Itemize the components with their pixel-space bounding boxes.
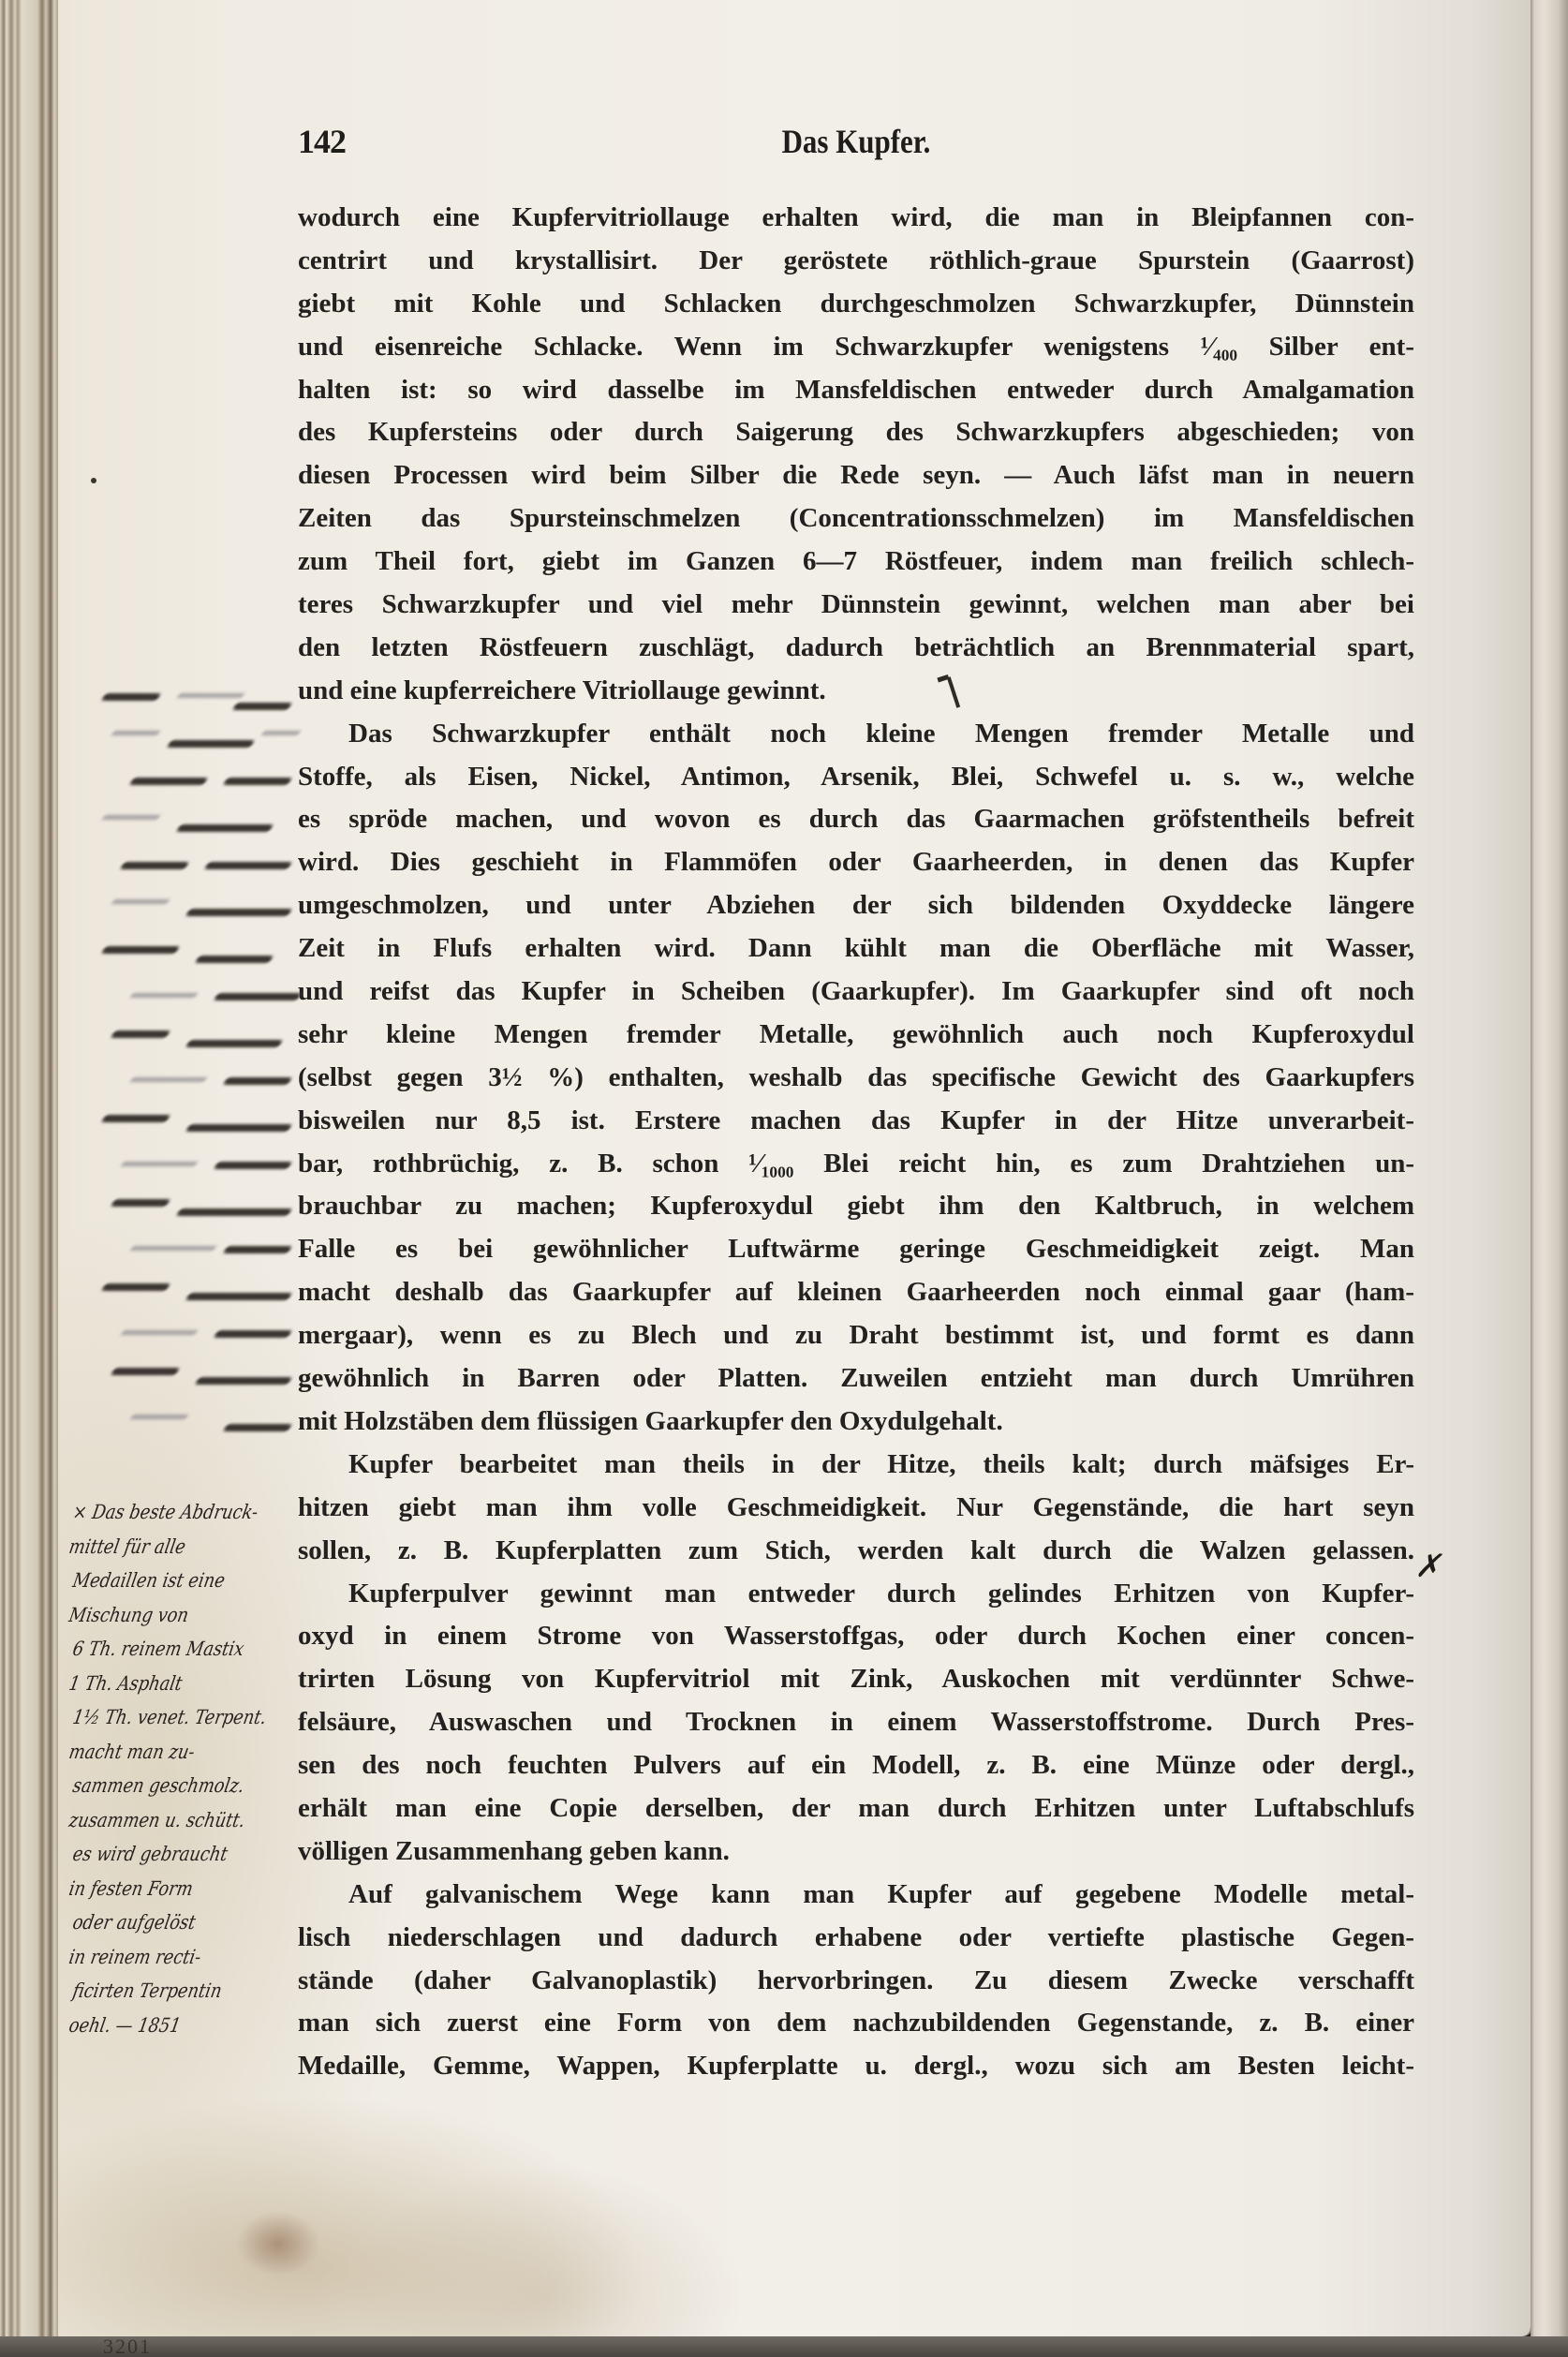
text-line: es spröde machen, und wovon es durch das… [298,798,1414,841]
handwriting-stroke [102,815,161,820]
text-line: Auf galvanischem Wege kann man Kupfer au… [298,1874,1414,1917]
handwriting-stroke [223,778,293,785]
handwritten-line: oder aufgelöst [70,1905,273,1940]
text-line: hitzen giebt man ihm volle Geschmeidigke… [298,1487,1414,1530]
text-line: halten ist: so wird dasselbe im Mansfeld… [298,369,1414,412]
handwriting-stroke [223,1424,293,1431]
handwritten-marginalia-upper [94,674,300,1471]
text-line: sollen, z. B. Kupferplatten zum Stich, w… [298,1530,1414,1573]
handwritten-line: Mischung von [67,1598,272,1633]
text-line: völligen Zusammenhang geben kann. [298,1831,1414,1874]
text-line: Kupfer bearbeitet man theils in der Hitz… [298,1444,1414,1487]
handwritten-line: 1 Th. Asphalt [67,1667,272,1701]
text-line: diesen Processen wird beim Silber die Re… [298,454,1414,497]
text-line: sen des noch feuchten Pulvers auf ein Mo… [298,1744,1414,1787]
text-line: gewöhnlich in Barren oder Platten. Zuwei… [298,1357,1414,1401]
handwritten-line: zusammen u. schütt. [67,1803,272,1838]
handwritten-line: oehl. — 1851 [67,2009,272,2043]
text-line: sehr kleine Mengen fremder Metalle, gewö… [298,1014,1414,1057]
handwriting-stroke [223,1246,293,1253]
handwritten-line: es wird gebraucht [70,1837,273,1872]
handwriting-stroke [111,1368,181,1375]
handwriting-stroke [185,1124,293,1132]
handwritten-line: Medaillen ist eine [70,1564,273,1598]
text-line: Medaille, Gemme, Wappen, Kupferplatte u.… [298,2045,1414,2088]
text-line: teres Schwarzkupfer und viel mehr Dünnst… [298,584,1414,627]
text-line: bisweilen nur 8,5 ist. Erstere machen da… [298,1100,1414,1143]
handwriting-stroke [214,1162,293,1169]
scanned-book-page: 3201 142 Das Kupfer. wodurch eine Kupfer… [0,0,1568,2357]
right-page-edge [1531,0,1568,2336]
handwriting-stroke [176,824,274,832]
handwriting-stroke [120,862,190,869]
handwriting-stroke [223,1077,293,1085]
handwritten-line: macht man zu- [67,1735,272,1770]
text-line: Stoffe, als Eisen, Nickel, Antimon, Arse… [298,756,1414,799]
handwritten-line: in reinem recti- [67,1940,272,1975]
text-line: stände (daher Galvanoplastik) hervorbrin… [298,1960,1414,2003]
text-line: Falle es bei gewöhnlicher Luftwärme geri… [298,1228,1414,1271]
text-line: oxyd in einem Strome von Wasserstoffgas,… [298,1615,1414,1658]
handwritten-line: 6 Th. reinem Mastix [70,1632,273,1667]
handwriting-stroke [185,1040,284,1047]
text-line: zum Theil fort, giebt im Ganzen 6—7 Röst… [298,541,1414,584]
handwriting-stroke [195,1377,293,1385]
handwriting-stroke [214,1330,293,1338]
page-header: 142 Das Kupfer. [298,122,1414,178]
text-line: Zeiten das Spursteinschmelzen (Concentra… [298,497,1414,541]
handwritten-line: × Das beste Abdruck- [70,1495,273,1530]
text-line: giebt mit Kohle und Schlacken durchgesch… [298,283,1414,326]
text-line: und reifst das Kupfer in Scheiben (Gaark… [298,971,1414,1014]
text-line: umgeschmolzen, und unter Abziehen der si… [298,884,1414,927]
handwritten-marginalia-lower: × Das beste Abdruck-mittel für alleMedai… [69,1495,303,2042]
handwriting-stroke [204,862,293,869]
handwriting-stroke [232,703,293,710]
handwritten-line: ficirten Terpentin [70,1974,273,2009]
text-line: lisch niederschlagen und dadurch erhaben… [298,1917,1414,1960]
text-line: den letzten Röstfeuern zuschlägt, dadurc… [298,627,1414,670]
text-line: bar, rothbrüchig, z. B. schon ¹⁄₁₀₀₀ Ble… [298,1143,1414,1186]
running-title: Das Kupfer. [376,122,1336,161]
text-line: Zeit in Flufs erhalten wird. Dann kühlt … [298,927,1414,971]
text-line: erhält man eine Copie derselben, der man… [298,1787,1414,1831]
text-line: des Kupfersteins oder durch Saigerung de… [298,411,1414,454]
handwritten-line: mittel für alle [67,1530,272,1564]
handwriting-stroke [111,1030,171,1038]
text-line: mit Holzstäben dem flüssigen Gaarkupfer … [298,1401,1414,1444]
text-line: macht deshalb das Gaarkupfer auf kleinen… [298,1271,1414,1314]
text-line: Kupferpulver gewinnt man entweder durch … [298,1573,1414,1616]
handwriting-stroke [101,1283,171,1291]
handwriting-stroke [130,1077,208,1082]
text-line: Das Schwarzkupfer enthält noch kleine Me… [298,713,1414,756]
handwriting-stroke [195,956,274,963]
handwriting-stroke [101,946,181,954]
handwriting-stroke [101,1115,171,1122]
underlying-page-strip [0,2336,1568,2357]
handwriting-stroke [121,1162,199,1166]
handwritten-line: 1½ Th. venet. Terpent. [70,1700,273,1735]
handwriting-stroke [111,1199,171,1207]
handwritten-line: sammen geschmolz. [70,1769,273,1803]
text-line: centrirt und krystallisirt. Der geröstet… [298,240,1414,283]
text-line: (selbst gegen 3½ %) enthalten, weshalb d… [298,1057,1414,1100]
cross-reference-mark: ✗ [1414,1548,1442,1585]
handwriting-stroke [261,731,302,735]
handwriting-stroke [176,1208,293,1216]
handwriting-stroke [214,993,303,1001]
handwriting-stroke [111,899,170,904]
handwriting-stroke [101,693,162,701]
text-line: und eine kupferreichere Vitriollauge gew… [298,670,1414,713]
handwriting-stroke [185,909,293,916]
text-line: brauchbar zu machen; Kupferoxydul giebt … [298,1185,1414,1228]
handwriting-stroke [185,1293,293,1300]
handwritten-line: in festen Form [67,1872,272,1906]
stacked-page-edges [0,0,58,2336]
handwriting-stroke [130,1415,189,1419]
text-line: und eisenreiche Schlacke. Wenn im Schwar… [298,326,1414,369]
handwriting-stroke [111,731,161,735]
text-line: trirten Lösung von Kupfervitriol mit Zin… [298,1658,1414,1701]
margin-dot [91,478,96,483]
handwriting-stroke [130,1246,217,1251]
text-line: wird. Dies geschieht in Flammöfen oder G… [298,841,1414,884]
text-line: felsäure, Auswaschen und Trocknen in ein… [298,1701,1414,1744]
body-text: wodurch eine Kupfervitriollauge erhalten… [298,197,1414,2088]
handwriting-stroke [177,693,245,698]
handwriting-stroke [167,740,256,748]
handwriting-stroke [130,993,199,998]
text-line: mergaar), wenn es zu Blech und zu Draht … [298,1314,1414,1357]
text-line: wodurch eine Kupfervitriollauge erhalten… [298,197,1414,240]
underlying-page-text: 3201 [103,2335,152,2357]
page-number: 142 [298,122,346,161]
text-line: man sich zuerst eine Form von dem nachzu… [298,2002,1414,2045]
handwriting-stroke [121,1330,199,1335]
water-stain [236,2211,320,2276]
handwriting-stroke [129,778,209,785]
